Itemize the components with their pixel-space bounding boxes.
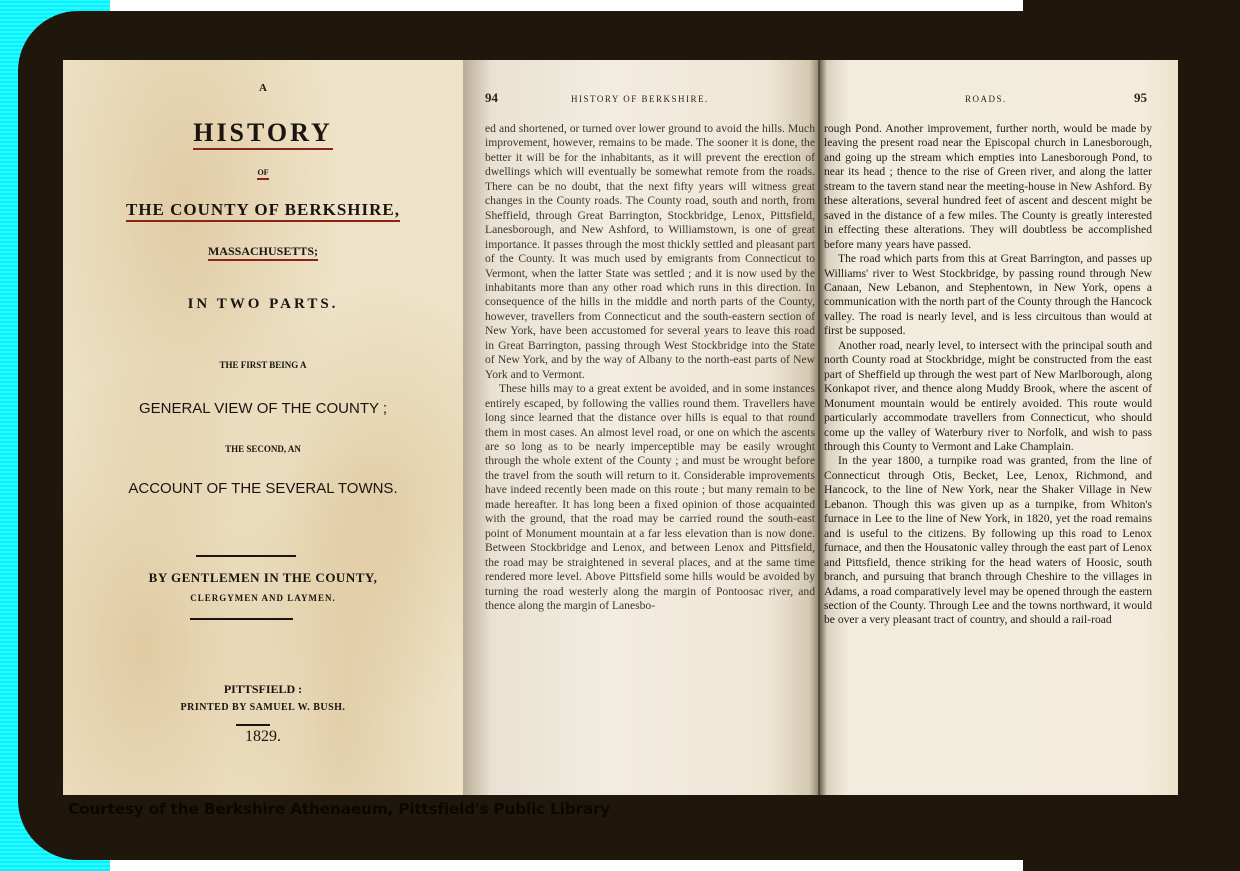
title-general-view: GENERAL VIEW OF THE COUNTY ; <box>63 400 463 417</box>
divider-rule <box>236 724 270 726</box>
paragraph: Another road, nearly level, to intersect… <box>824 339 1152 455</box>
imprint-place: PITTSFIELD : <box>63 682 463 697</box>
image-credit-caption: Courtesy of the Berkshire Athenaeum, Pit… <box>68 800 610 818</box>
title-account: ACCOUNT OF THE SEVERAL TOWNS. <box>63 480 463 497</box>
paragraph: rough Pond. Another improvement, further… <box>824 122 1152 252</box>
page-number: 95 <box>1134 90 1147 106</box>
page-94: 94 HISTORY OF BERKSHIRE. ed and shortene… <box>463 60 820 795</box>
authors-subline: CLERGYMEN AND LAYMEN. <box>63 593 463 603</box>
imprint-printer: PRINTED BY SAMUEL W. BUSH. <box>63 702 463 713</box>
imprint-year: 1829. <box>63 728 463 746</box>
title-county: THE COUNTY OF BERKSHIRE, <box>63 200 463 220</box>
running-head: ROADS. <box>965 94 1007 104</box>
title-first-being: THE FIRST BEING A <box>63 360 463 370</box>
paragraph: In the year 1800, a turnpike road was gr… <box>824 454 1152 627</box>
white-band-bottom <box>110 860 1023 871</box>
title-page: A HISTORY OF THE COUNTY OF BERKSHIRE, MA… <box>63 60 463 795</box>
title-second: THE SECOND, AN <box>63 444 463 454</box>
paragraph: The road which parts from this at Great … <box>824 252 1152 339</box>
page-95: ROADS. 95 rough Pond. Another improvemen… <box>820 60 1178 795</box>
white-band-top <box>110 0 1023 11</box>
authors-line: BY GENTLEMEN IN THE COUNTY, <box>63 570 463 586</box>
divider-rule <box>196 555 296 557</box>
paragraph: These hills may to a great extent be avo… <box>485 382 815 613</box>
paragraph: ed and shortened, or turned over lower g… <box>485 122 815 382</box>
running-head: HISTORY OF BERKSHIRE. <box>571 94 709 104</box>
divider-rule <box>190 618 293 620</box>
title-parts: IN TWO PARTS. <box>63 296 463 313</box>
page-number: 94 <box>485 90 498 106</box>
title-state: MASSACHUSETTS; <box>63 244 463 259</box>
title-of: OF <box>63 168 463 177</box>
page-body: ed and shortened, or turned over lower g… <box>485 122 815 613</box>
book-title: HISTORY <box>63 118 463 148</box>
page-body: rough Pond. Another improvement, further… <box>824 122 1152 628</box>
title-article: A <box>63 82 463 94</box>
